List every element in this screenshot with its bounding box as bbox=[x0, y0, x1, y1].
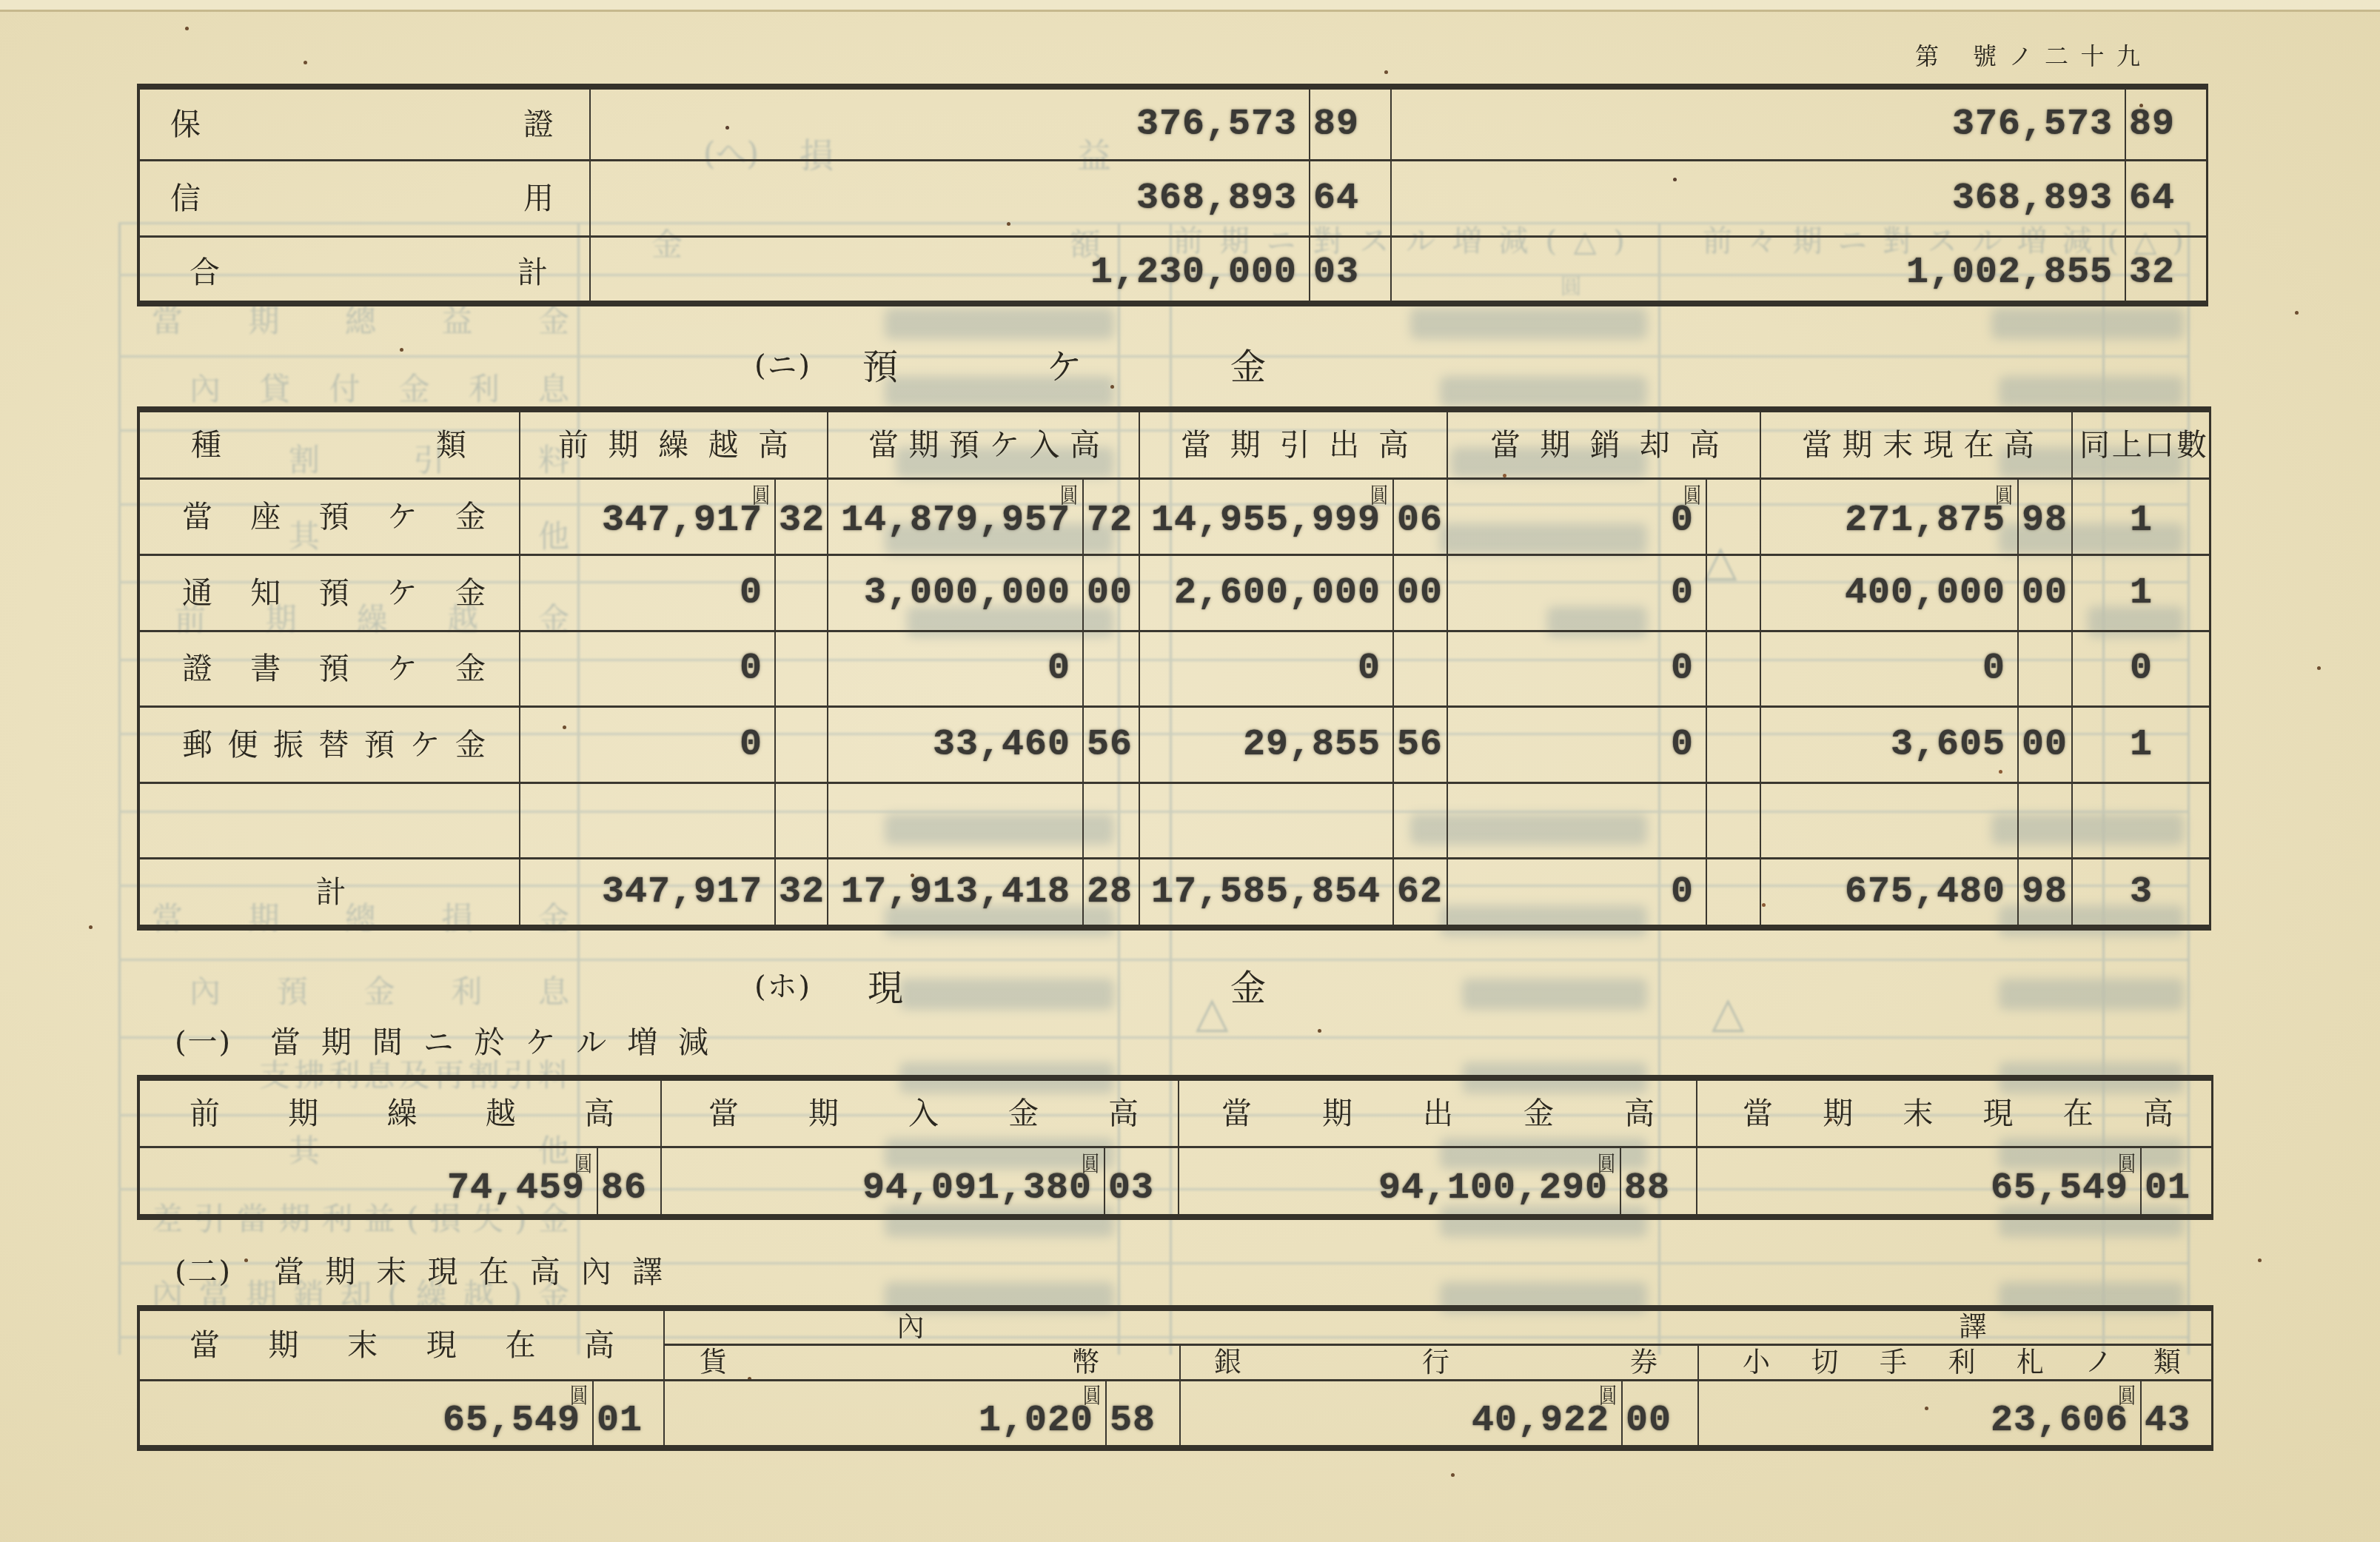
guarantee-summary-table: 保證 376,573 89 376,573 89 信用 368,893 64 3… bbox=[137, 84, 2208, 306]
column-header-checks: 小切手利札ノ類 bbox=[1743, 1345, 2181, 1379]
written-off-yen: 0 bbox=[1447, 708, 1706, 782]
balance-yen: 65,549 bbox=[1696, 1148, 2140, 1214]
subsection-marker: (二) bbox=[175, 1257, 232, 1287]
balance-sen: 00 bbox=[2017, 556, 2071, 630]
ghost-figure-blur bbox=[1440, 376, 1647, 407]
carried-forward-yen: 0 bbox=[519, 708, 774, 782]
deposited-sen bbox=[1082, 632, 1139, 705]
summary-total-label: 合計 bbox=[190, 238, 548, 301]
payments-yen: 94,100,290 bbox=[1178, 1148, 1620, 1214]
column-header-deposited: 當期預ケ入高 bbox=[868, 412, 1100, 477]
deposit-type: 證書預ケ金 bbox=[182, 632, 486, 705]
deposited-sen: 00 bbox=[1082, 556, 1139, 630]
deposits-header-row: 種類 前期繰越高 當期預ケ入高 當期引出高 當期銷却高 當期末現在高 同上口數 bbox=[137, 412, 2211, 477]
table-border bbox=[137, 1445, 2213, 1451]
bank-notes-sen: 00 bbox=[1621, 1381, 1697, 1445]
deposit-row: 當座預ケ金 347,917 32 14,879,957 72 14,955,99… bbox=[137, 480, 2211, 554]
ghost-figure-blur bbox=[1991, 308, 2184, 339]
withdrawn-yen: 14,955,999 bbox=[1139, 480, 1392, 554]
ghost-decrease-icon: △ bbox=[1712, 990, 1745, 1033]
column-header-balance: 當期末現在高 bbox=[1802, 412, 2034, 477]
table-border bbox=[137, 1075, 2213, 1081]
deposit-row-blank bbox=[137, 784, 2211, 857]
subsection-title-changes: 當期間ニ於ケル増減 bbox=[270, 1028, 708, 1058]
withdrawn-yen: 2,600,000 bbox=[1139, 556, 1392, 630]
balance-yen: 0 bbox=[1760, 632, 2017, 705]
balance-sen: 98 bbox=[2017, 480, 2071, 554]
written-off-sen bbox=[1706, 632, 1760, 705]
carried-forward-sen: 32 bbox=[774, 859, 827, 925]
summary-row: 信用 368,893 64 368,893 64 bbox=[137, 161, 2208, 235]
column-header-bank-notes: 銀行券 bbox=[1214, 1345, 1657, 1379]
ghost-row-label: 內貸付金利息 bbox=[190, 374, 569, 405]
withdrawn-yen: 17,585,854 bbox=[1139, 859, 1392, 925]
withdrawn-sen: 00 bbox=[1392, 556, 1447, 630]
deposit-type: 通知預ケ金 bbox=[182, 556, 486, 630]
account-count: 1 bbox=[2071, 480, 2211, 554]
account-count: 0 bbox=[2071, 632, 2211, 705]
carried-forward-sen: 86 bbox=[597, 1148, 660, 1214]
deposited-sen: 56 bbox=[1082, 708, 1139, 782]
deposit-type: 郵便振替預ケ金 bbox=[182, 708, 486, 782]
carried-forward-yen: 0 bbox=[519, 556, 774, 630]
ghost-figure-blur bbox=[1999, 979, 2184, 1010]
column-header-withdrawn: 當期引出高 bbox=[1181, 412, 1409, 477]
bank-notes-yen: 40,922 bbox=[1179, 1381, 1621, 1445]
column-header-carried-forward: 前期繰越高 bbox=[558, 412, 788, 477]
written-off-yen: 0 bbox=[1447, 632, 1706, 705]
balance-yen: 400,000 bbox=[1760, 556, 2017, 630]
withdrawn-sen: 62 bbox=[1392, 859, 1447, 925]
balance-yen: 675,480 bbox=[1760, 859, 2017, 925]
column-header-currency: 貨幣 bbox=[700, 1345, 1099, 1379]
group-header-right: 譯 bbox=[1954, 1310, 1991, 1344]
withdrawn-yen: 0 bbox=[1139, 632, 1392, 705]
page-header-prefix: 第 bbox=[1915, 44, 1939, 68]
section-title-deposits: 預ケ金 bbox=[862, 349, 1266, 385]
balance-sen bbox=[2017, 632, 2071, 705]
table-border bbox=[137, 1214, 2213, 1220]
summary-total-row: 合計 1,230,000 03 1,002,855 32 bbox=[137, 238, 2208, 301]
table-border bbox=[137, 406, 2211, 412]
ghost-rule bbox=[118, 222, 121, 1355]
carried-forward-yen: 0 bbox=[519, 632, 774, 705]
amount-yen: 376,573 bbox=[589, 90, 1309, 159]
column-header-balance: 當期末現在高 bbox=[1743, 1081, 2173, 1146]
ghost-row-label: 內預金利息 bbox=[190, 976, 569, 1008]
summary-label: 保證 bbox=[170, 90, 554, 159]
ghost-row-label: 當期總益金 bbox=[152, 306, 569, 337]
section-marker: (ホ) bbox=[754, 972, 811, 1002]
subsection-title-breakdown: 當期末現在高內譯 bbox=[274, 1257, 663, 1287]
amount-yen: 368,893 bbox=[589, 161, 1309, 235]
table-border bbox=[137, 1305, 2213, 1311]
column-header-written-off: 當期銷却高 bbox=[1490, 412, 1720, 477]
balance-yen: 271,875 bbox=[1760, 480, 2017, 554]
deposit-row: 證書預ケ金 0 0 0 0 0 0 bbox=[137, 632, 2211, 705]
column-header-carried-forward: 前期繰越高 bbox=[190, 1081, 614, 1146]
deposited-yen: 14,879,957 bbox=[827, 480, 1082, 554]
column-header-balance: 當期末現在高 bbox=[190, 1311, 614, 1379]
account-count: 1 bbox=[2071, 708, 2211, 782]
deposited-yen: 17,913,418 bbox=[827, 859, 1082, 925]
amount-yen: 368,893 bbox=[1390, 161, 2125, 235]
balance-yen: 3,605 bbox=[1760, 708, 2017, 782]
cash-changes-header-row: 前期繰越高 當期入金高 當期出金高 當期末現在高 bbox=[137, 1081, 2213, 1146]
deposit-type: 當座預ケ金 bbox=[182, 480, 486, 554]
summary-label: 信用 bbox=[170, 161, 554, 235]
paper-specks bbox=[0, 0, 4, 4]
written-off-sen bbox=[1706, 859, 1760, 925]
column-header-type: 種類 bbox=[191, 412, 466, 477]
table-border bbox=[137, 84, 2208, 90]
deposited-sen: 28 bbox=[1082, 859, 1139, 925]
carried-forward-sen: 32 bbox=[774, 480, 827, 554]
cash-breakdown-table: 當期末現在高 內 譯 貨幣 銀行券 小切手利札ノ類 圓 圓 圓 圓 65,549… bbox=[137, 1305, 2213, 1451]
checks-yen: 23,606 bbox=[1697, 1381, 2140, 1445]
amount-sen: 64 bbox=[2125, 161, 2206, 235]
deposited-yen: 3,000,000 bbox=[827, 556, 1082, 630]
ghost-figure-blur bbox=[1999, 376, 2184, 407]
column-header-payments: 當期出金高 bbox=[1221, 1081, 1655, 1146]
amount-sen: 03 bbox=[1309, 238, 1390, 301]
deposit-row: 通知預ケ金 0 3,000,000 00 2,600,000 00 0 400,… bbox=[137, 556, 2211, 630]
account-count: 3 bbox=[2071, 859, 2211, 925]
carried-forward-sen bbox=[774, 556, 827, 630]
carried-forward-sen bbox=[774, 708, 827, 782]
ghost-figure-blur bbox=[885, 308, 1114, 339]
written-off-yen: 0 bbox=[1447, 480, 1706, 554]
summary-row: 保證 376,573 89 376,573 89 bbox=[137, 90, 2208, 159]
deposited-yen: 0 bbox=[827, 632, 1082, 705]
amount-sen: 89 bbox=[2125, 90, 2206, 159]
document-page: (へ) 損 益 金 額 前期ニ對スル増減(△) 前々期ニ對スル増減(△) 圓 當… bbox=[0, 0, 2380, 1542]
table-border bbox=[137, 301, 2208, 306]
account-count: 1 bbox=[2071, 556, 2211, 630]
column-header-receipts: 當期入金高 bbox=[708, 1081, 1139, 1146]
amount-sen: 64 bbox=[1309, 161, 1390, 235]
currency-sen: 58 bbox=[1105, 1381, 1179, 1445]
group-header-left: 內 bbox=[892, 1310, 929, 1344]
total-label: 計 bbox=[285, 859, 377, 925]
carried-forward-yen: 74,459 bbox=[137, 1148, 597, 1214]
amount-yen: 376,573 bbox=[1390, 90, 2125, 159]
payments-sen: 88 bbox=[1620, 1148, 1696, 1214]
ghost-rule bbox=[118, 959, 2188, 961]
ghost-figure-blur bbox=[1410, 308, 1647, 339]
amount-sen: 32 bbox=[2125, 238, 2206, 301]
subsection-marker: (一) bbox=[175, 1028, 232, 1057]
carried-forward-yen: 347,917 bbox=[519, 859, 774, 925]
cash-changes-row: 74,459 86 94,091,380 03 94,100,290 88 65… bbox=[137, 1148, 2213, 1214]
written-off-sen bbox=[1706, 708, 1760, 782]
receipts-yen: 94,091,380 bbox=[660, 1148, 1104, 1214]
deposited-sen: 72 bbox=[1082, 480, 1139, 554]
page-header-number: 號ノ二十九 bbox=[1973, 44, 2140, 68]
balance-yen: 65,549 bbox=[137, 1381, 592, 1445]
amount-sen: 89 bbox=[1309, 90, 1390, 159]
table-border bbox=[137, 925, 2211, 931]
ghost-figure-blur bbox=[1462, 979, 1647, 1010]
amount-yen: 1,230,000 bbox=[589, 238, 1309, 301]
deposited-yen: 33,460 bbox=[827, 708, 1082, 782]
section-title-cash: 現金 bbox=[868, 971, 1266, 1006]
receipts-sen: 03 bbox=[1104, 1148, 1178, 1214]
column-header-accounts: 同上口數 bbox=[2079, 412, 2207, 477]
cash-changes-table: 前期繰越高 當期入金高 當期出金高 當期末現在高 圓 圓 圓 圓 74,459 … bbox=[137, 1075, 2213, 1220]
amount-yen: 1,002,855 bbox=[1390, 238, 2125, 301]
section-marker: (ニ) bbox=[754, 351, 811, 381]
written-off-sen bbox=[1706, 556, 1760, 630]
deposits-table: 種類 前期繰越高 當期預ケ入高 當期引出高 當期銷却高 當期末現在高 同上口數 … bbox=[137, 406, 2211, 931]
deposit-row: 郵便振替預ケ金 0 33,460 56 29,855 56 0 3,605 00… bbox=[137, 708, 2211, 782]
checks-sen: 43 bbox=[2140, 1381, 2211, 1445]
written-off-sen bbox=[1706, 480, 1760, 554]
balance-sen: 01 bbox=[2140, 1148, 2211, 1214]
deposits-total-row: 計 347,917 32 17,913,418 28 17,585,854 62… bbox=[137, 859, 2211, 925]
withdrawn-sen: 06 bbox=[1392, 480, 1447, 554]
balance-sen: 01 bbox=[592, 1381, 663, 1445]
carried-forward-sen bbox=[774, 632, 827, 705]
written-off-yen: 0 bbox=[1447, 859, 1706, 925]
balance-sen: 00 bbox=[2017, 708, 2071, 782]
cash-breakdown-row: 65,549 01 1,020 58 40,922 00 23,606 43 bbox=[137, 1381, 2213, 1445]
withdrawn-sen bbox=[1392, 632, 1447, 705]
currency-yen: 1,020 bbox=[663, 1381, 1105, 1445]
carried-forward-yen: 347,917 bbox=[519, 480, 774, 554]
withdrawn-yen: 29,855 bbox=[1139, 708, 1392, 782]
balance-sen: 98 bbox=[2017, 859, 2071, 925]
written-off-yen: 0 bbox=[1447, 556, 1706, 630]
withdrawn-sen: 56 bbox=[1392, 708, 1447, 782]
